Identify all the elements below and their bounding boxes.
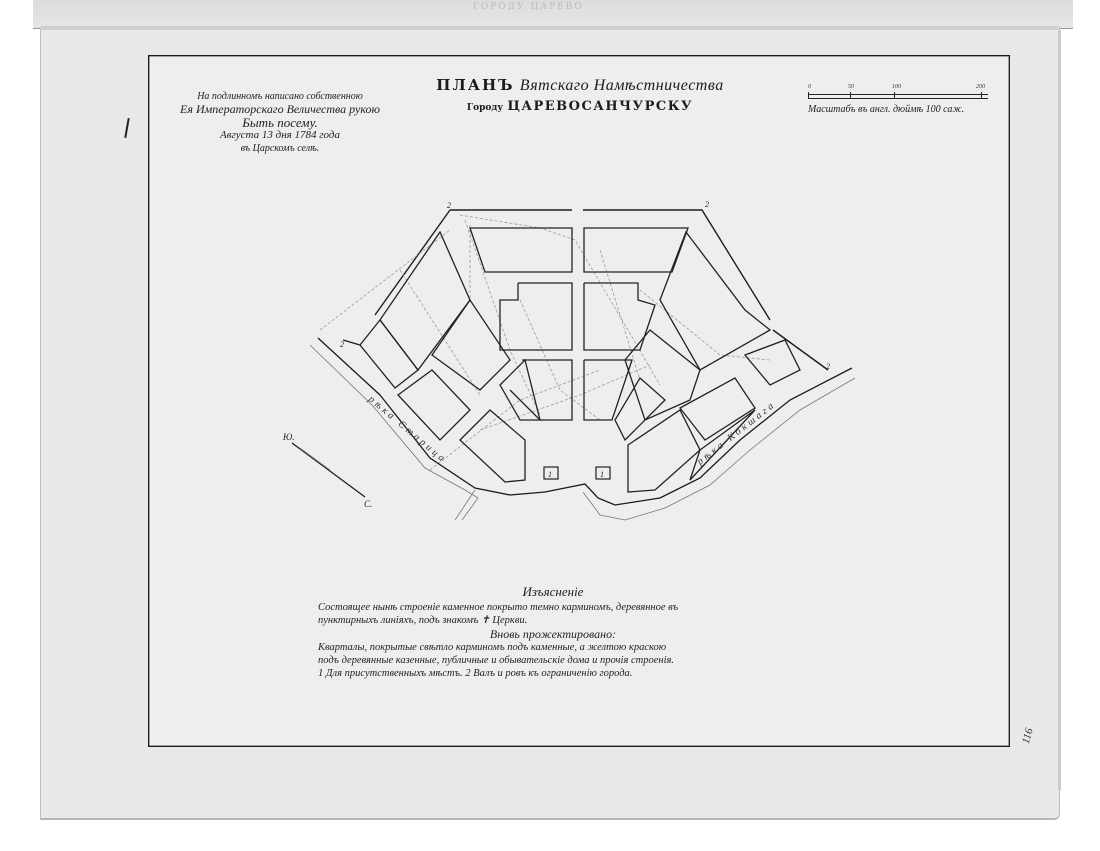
legend-line-4: подъ деревянные казенные, публичные и об… (318, 654, 788, 667)
legend-line-1: Состоящее нынѣ строеніе каменное покрыто… (318, 601, 788, 614)
legend-line-2: пунктирныхъ линіяхъ, подъ знакомъ ✝ Церк… (318, 614, 788, 627)
marker-2-top-left: 2 (447, 201, 451, 210)
marker-2-top-right: 2 (705, 200, 709, 209)
legend-title: Изъясненіе (318, 584, 788, 600)
river-label-kokshaga: рѣка Кокшага (694, 399, 778, 468)
compass-needle (292, 443, 365, 497)
marker-1-left: 1 (548, 470, 552, 479)
map-legend: Изъясненіе Состоящее нынѣ строеніе камен… (318, 584, 788, 680)
legend-subtitle: Вновь прожектировано: (318, 627, 788, 641)
town-plan-drawing: 1 1 2 2 2 2 рѣка Старица рѣка Кокшага Ю.… (0, 0, 1100, 851)
town-wall-outline (343, 210, 828, 370)
compass-north-label: Ю. (282, 432, 295, 442)
river-outer-banks (310, 345, 855, 520)
marker-2-right: 2 (826, 362, 830, 371)
marker-1-right: 1 (600, 470, 604, 479)
legend-line-3: Кварталы, покрытые свѣтло карминомъ подъ… (318, 641, 788, 654)
marker-2-left: 2 (340, 340, 344, 349)
compass-south-label: С. (364, 499, 372, 509)
legend-line-5: 1 Для присутственныхъ мѣстъ. 2 Валъ и ро… (318, 667, 788, 680)
